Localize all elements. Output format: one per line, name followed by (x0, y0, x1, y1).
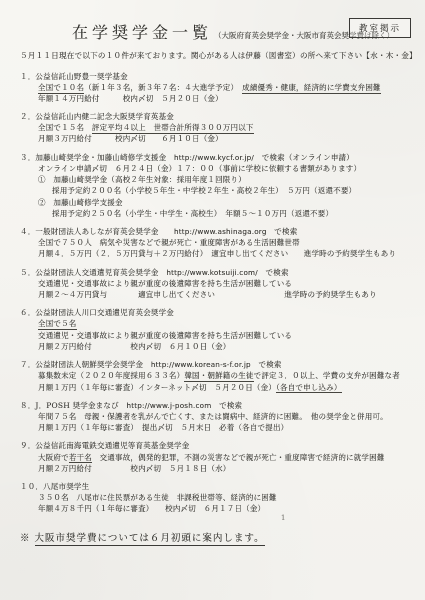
url-text: http://www.korean-s-f.or.jp (151, 360, 251, 369)
text-line: 全国で１０名（新１年３名，新３年７名：４大進学予定） 成績優秀・健康，経済的に学… (38, 82, 415, 93)
text-line: 交通遺児・交通事故により親が重度の後遺障害を持ち生活が困難している (38, 330, 415, 341)
text-segment: 募集数未定（２０２０年度採用６３３名） (38, 371, 184, 380)
text-line: 募集数未定（２０２０年度採用６３３名）韓国・朝鮮籍の生徒で評定３．０以上、学費の… (38, 370, 415, 381)
text-line: ７．公益財団法人朝鮮奨学会奨学金 http://www.korean-s-f.o… (20, 359, 415, 371)
text-line: ２．公益信託山内健二記念大阪奨学育英基金 (20, 111, 415, 122)
text-segment: ７．公益財団法人朝鮮奨学会奨学金 (20, 360, 151, 369)
text-segment: １．公益信託山野豊一奨学基金 (20, 72, 128, 81)
text-line: 全国で７５０人 病気や災害などで親が死亡・重度障害がある生活困難世帯 (38, 237, 415, 248)
text-segment: １０．八尾市奨学生 (20, 482, 89, 491)
text-line: 採用予定約２５０名（小学生・中学生・高校生） 年額５～１０万円（返還不要） (52, 208, 415, 219)
text-line: オンライン申請〆切 ６月２４日（金）１７：００（事前に学校に依頼する書類がありま… (38, 163, 415, 174)
text-line: 年額４万８千円（１年毎に審査） 校内〆切 ６月１７日（金） (38, 503, 415, 514)
text-line: 月額３万円給付 校内〆切 ６月１０日（金） (38, 133, 415, 144)
scholarship-item: ７．公益財団法人朝鮮奨学会奨学金 http://www.korean-s-f.o… (20, 359, 415, 393)
text-line: ８．J．POSH 奨学金まなび http://www.j-posh.com で検… (20, 400, 415, 412)
text-line: 月額２万円給付 校内〆切 ６月１０日（金） (38, 341, 415, 352)
text-line: 月額１万円（１年毎に審査）インターネット〆切 ５月２０日（金）（各自で申し込み） (38, 382, 415, 393)
scholarship-item: ５．公益財団法人交通遺児育英会奨学金 http://www.kotsuiji.c… (20, 267, 415, 301)
scholarship-list: １．公益信託山野豊一奨学基金全国で１０名（新１年３名，新３年７名：４大進学予定）… (20, 71, 415, 514)
text-line: 年間７５名 母親・保護者を乳がんで亡くす、または闘病中、経済的に困難。 他の奨学… (38, 411, 415, 422)
text-line: 月額１万円（１年毎に審査） 提出〆切 ５月末日 必着（各自で提出） (38, 422, 415, 433)
text-segment: 年額４万８千円（１年毎に審査） 校内〆切 ６月１７日（金） (38, 504, 265, 513)
text-segment: 月額３万円給付 校内〆切 ６月１０日（金） (38, 134, 223, 143)
intro-text: ５月１１日現在で以下の１０件が来ております。関心がある人は伊藤（図書室）の所へ来… (20, 50, 415, 61)
url-text: http://www.ashinaga.org (174, 227, 267, 236)
text-segment: で評定３．０以上、学費の支弁が困難な者 (254, 371, 400, 380)
text-line: ９．公益信託南海電鉄交通遺児等育英基金奨学金 (20, 440, 415, 451)
text-segment: ５．公益財団法人交通遺児育英会奨学金 (20, 268, 166, 277)
text-segment: 大阪府で (38, 453, 69, 462)
text-segment: で検索 (251, 360, 282, 369)
footer-note-text: 大阪市奨学費については６月初頭に案内します。 (35, 533, 265, 546)
text-segment: （各自で申し込み） (276, 383, 342, 394)
text-segment: 年額１４万円給付 校内〆切 ５月２０日（金） (38, 94, 223, 103)
text-segment: 月額２万円給付 校内〆切 ６月１０日（金） (38, 342, 231, 351)
url-text: http://www.kycf.or.jp/ (174, 153, 254, 162)
text-segment: 採用予定約２５０名（小学生・中学生・高校生） 年額５～１０万円（返還不要） (52, 209, 333, 218)
text-segment: ② 加藤山崎修学支援金 (38, 198, 123, 207)
text-segment: で検索 (267, 227, 298, 236)
text-line: ３．加藤山崎奨学金・加藤山崎修学支援金 http://www.kycf.or.j… (20, 152, 415, 164)
text-line: 全国で１５名 評定平均４以上 世帯合計所得３００万円以下 (38, 122, 415, 133)
text-segment: 月額２～４万円貸与 適宜申し出てください 進学時の予約奨学生もあり (38, 290, 377, 299)
text-line: ４．一般財団法人あしなが育英会奨学金 http://www.ashinaga.o… (20, 226, 415, 238)
scholarship-item: ６．公益財団法人川口交通遺児育英会奨学金全国で５名交通遺児・交通事故により親が重… (20, 307, 415, 351)
scholarship-item: ４．一般財団法人あしなが育英会奨学金 http://www.ashinaga.o… (20, 226, 415, 260)
document-header: 在学奨学金一覧（大阪府育英会奨学金・大阪市育英会奨学費は除く） 教室掲示 (20, 14, 415, 48)
text-segment: 交通事故，偶発的犯罪，不測の災害などで親が死亡・重度障害で経済的に就学困難 (92, 453, 385, 462)
scholarship-item: ２．公益信託山内健二記念大阪奨学育英基金全国で１５名 評定平均４以上 世帯合計所… (20, 111, 415, 144)
title-row: 在学奨学金一覧（大阪府育英会奨学金・大阪市育英会奨学費は除く） (72, 20, 394, 43)
scanned-document-page: 在学奨学金一覧（大阪府育英会奨学金・大阪市育英会奨学費は除く） 教室掲示 ５月１… (0, 0, 425, 600)
text-segment: ４．一般財団法人あしなが育英会奨学金 (20, 227, 174, 236)
footer-note: ※ 大阪市奨学費については６月初頭に案内します。 (20, 530, 415, 544)
text-line: １０．八尾市奨学生 (20, 481, 415, 492)
page-number: 1 (281, 514, 285, 522)
text-line: ３５０名 八尾市に住民票がある生徒 非課税世帯等、経済的に困難 (38, 492, 415, 503)
text-segment: ３５０名 八尾市に住民票がある生徒 非課税世帯等、経済的に困難 (38, 493, 277, 502)
text-line: 採用予定約２００名（小学校５年生・中学校２年生・高校２年生） ５万円（返還不要） (52, 185, 415, 196)
text-segment: ３．加藤山崎奨学金・加藤山崎修学支援金 (20, 153, 174, 162)
text-segment: 月額４．５万円（２．５万円貸与＋２万円給付） 適宜申し出てください 進学時の予約… (38, 249, 396, 258)
text-segment: ８．J．POSH 奨学金まなび (20, 401, 126, 410)
text-segment: 全国で５名 (38, 319, 77, 330)
text-line: ① 加藤山崎奨学金（高校２年生対象：採用年度１回限り） (38, 174, 415, 185)
text-line: 月額２万円給付 校内〆切 ５月１８日（水） (38, 463, 415, 474)
text-line: 全国で５名 (38, 318, 415, 329)
text-line: ５．公益財団法人交通遺児育英会奨学金 http://www.kotsuiji.c… (20, 267, 415, 279)
text-segment: ９．公益信託南海電鉄交通遺児等育英基金奨学金 (20, 441, 189, 450)
text-line: 月額４．５万円（２．５万円貸与＋２万円給付） 適宜申し出てください 進学時の予約… (38, 248, 415, 259)
text-segment: 交通遺児・交通事故により親が重度の後遺障害を持ち生活が困難している (38, 331, 292, 340)
text-segment: 全国で１５名 (38, 123, 92, 132)
scholarship-item: ９．公益信託南海電鉄交通遺児等育英基金奨学金大阪府で若干名 交通事故，偶発的犯罪… (20, 440, 415, 473)
scholarship-item: １０．八尾市奨学生３５０名 八尾市に住民票がある生徒 非課税世帯等、経済的に困難… (20, 481, 415, 514)
text-line: ② 加藤山崎修学支援金 (38, 197, 415, 208)
text-segment: 韓国・朝鮮籍の生徒 (184, 371, 253, 382)
footer-note-prefix: ※ (20, 533, 35, 544)
text-segment: 採用予定約２００名（小学校５年生・中学校２年生・高校２年生） ５万円（返還不要） (52, 186, 356, 195)
text-segment: で検索 (211, 401, 242, 410)
text-segment: 全国で１０名 (38, 83, 84, 94)
text-segment: ２．公益信託山内健二記念大阪奨学育英基金 (20, 112, 174, 121)
text-segment: で検索（オンライン申請） (254, 153, 354, 162)
text-segment: 月額１万円（１年毎に審査）インターネット〆切 ５月２０日（金） (38, 383, 276, 392)
text-segment: 交通遺児・交通事故により親が重度の後遺障害を持ち生活が困難している (38, 279, 292, 288)
text-segment: 月額１万円（１年毎に審査） 提出〆切 ５月末日 必着（各自で提出） (38, 423, 288, 432)
text-segment: 評定平均４以上 世帯合計所得３００万円以下 (92, 123, 254, 134)
text-segment: オンライン申請〆切 ６月２４日（金）１７：００（事前に学校に依頼する書類がありま… (38, 164, 361, 173)
text-segment: 年間７５名 母親・保護者を乳がんで亡くす、または闘病中、経済的に困難。 他の奨学… (38, 412, 388, 421)
text-segment: （新１年３名，新３年７名：４大進学予定） (84, 83, 242, 92)
text-line: １．公益信託山野豊一奨学基金 (20, 71, 415, 82)
scholarship-item: ３．加藤山崎奨学金・加藤山崎修学支援金 http://www.kycf.or.j… (20, 152, 415, 219)
text-segment: 全国で７５０人 病気や災害などで親が死亡・重度障害がある生活困難世帯 (38, 238, 300, 247)
url-text: http://www.j-posh.com (126, 401, 211, 410)
classroom-posting-stamp: 教室掲示 (349, 18, 411, 38)
url-text: http://www.kotsuiji.com/ (166, 268, 258, 277)
text-segment: 月額２万円給付 校内〆切 ５月１８日（水） (38, 464, 231, 473)
text-line: 月額２～４万円貸与 適宜申し出てください 進学時の予約奨学生もあり (38, 289, 415, 300)
text-segment: 若干名 (69, 453, 92, 464)
text-line: ６．公益財団法人川口交通遺児育英会奨学金 (20, 307, 415, 318)
scholarship-item: ８．J．POSH 奨学金まなび http://www.j-posh.com で検… (20, 400, 415, 434)
text-line: 大阪府で若干名 交通事故，偶発的犯罪，不測の災害などで親が死亡・重度障害で経済的… (38, 452, 415, 463)
text-segment: で検索 (258, 268, 289, 277)
text-segment: 成績優秀・健康，経済的に学費支弁困難 (242, 83, 381, 94)
text-segment: ６．公益財団法人川口交通遺児育英会奨学金 (20, 308, 174, 317)
text-segment: ① 加藤山崎奨学金（高校２年生対象：採用年度１回限り） (38, 175, 246, 184)
text-line: 年額１４万円給付 校内〆切 ５月２０日（金） (38, 93, 415, 104)
page-title: 在学奨学金一覧 (72, 23, 212, 42)
scholarship-item: １．公益信託山野豊一奨学基金全国で１０名（新１年３名，新３年７名：４大進学予定）… (20, 71, 415, 104)
text-line: 交通遺児・交通事故により親が重度の後遺障害を持ち生活が困難している (38, 278, 415, 289)
